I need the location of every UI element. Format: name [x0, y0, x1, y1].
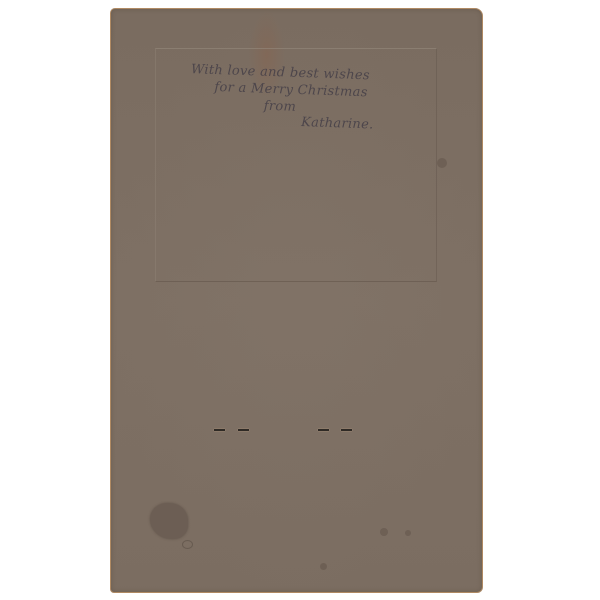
stand-slit — [238, 429, 249, 431]
photo-card-back: With love and best wishes for a Merry Ch… — [110, 8, 483, 593]
stand-slit — [341, 429, 352, 431]
stand-slit — [318, 429, 329, 431]
stain-spot — [437, 158, 447, 168]
stand-slit — [214, 429, 225, 431]
stain-spot — [320, 563, 327, 570]
stain-spot — [380, 528, 388, 536]
handwritten-inscription: With love and best wishes for a Merry Ch… — [189, 61, 471, 137]
water-stain — [150, 503, 188, 539]
stain-spot — [405, 530, 411, 536]
water-stain-small — [182, 540, 193, 549]
